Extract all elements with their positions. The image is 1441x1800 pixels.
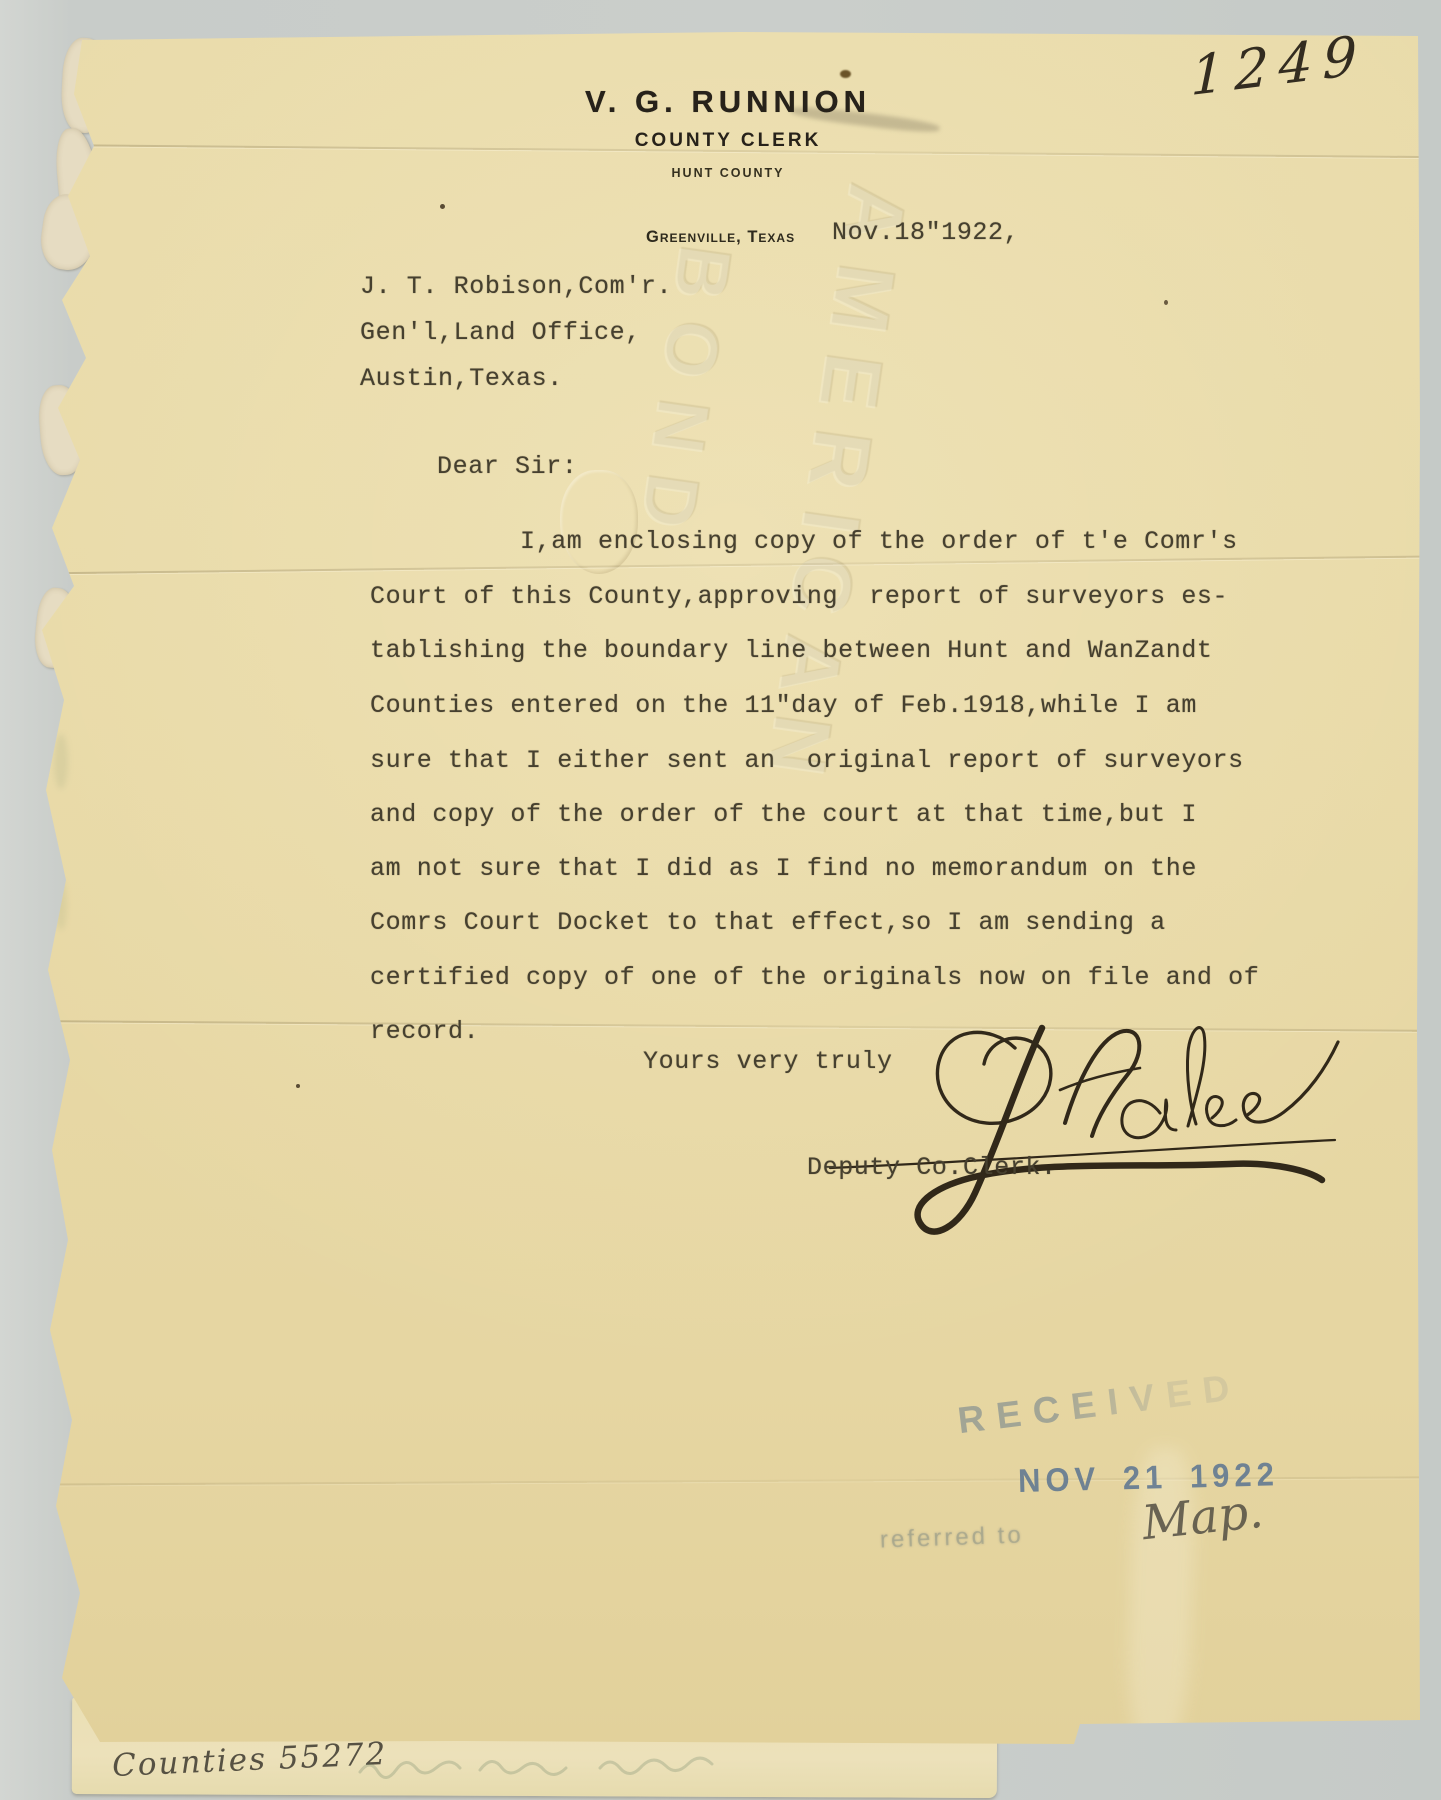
faint-stamp-note: referred to [880, 1522, 1025, 1555]
body-line: and copy of the order of the court at th… [370, 800, 1197, 829]
signature [760, 1018, 1360, 1268]
ghost-smudge [55, 880, 67, 930]
body-line: sure that I either sent an original repo… [370, 746, 1244, 775]
ghost-smudge [54, 734, 68, 789]
letter-date: Nov.18"1922, [832, 218, 1019, 247]
ghost-writing [350, 1742, 770, 1792]
pencil-map-note: Map. [1139, 1484, 1265, 1551]
body-line: Comrs Court Docket to that effect,so I a… [370, 908, 1166, 937]
scanned-letter-page: AMERICAN BOND 1249 V. G. RUNNION COUNTY … [0, 0, 1441, 1800]
received-stamp: RECEIVED [956, 1366, 1244, 1442]
letterhead-title: COUNTY CLERK [478, 130, 978, 152]
ink-speck [440, 204, 445, 209]
letterhead-name: V. G. RUNNION [478, 84, 978, 120]
salutation: Dear Sir: [437, 452, 577, 481]
ink-speck [840, 70, 851, 78]
body-line: I,am enclosing copy of the order of t'e … [520, 527, 1238, 556]
letterhead-place: Greenville, Texas [646, 228, 795, 247]
body-line: certified copy of one of the originals n… [370, 963, 1259, 992]
body-line: Court of this County,approving report of… [370, 582, 1228, 611]
ink-speck [1164, 300, 1168, 305]
letter-paper: AMERICAN BOND 1249 V. G. RUNNION COUNTY … [40, 28, 1422, 1744]
folio-number: 1249 [1190, 23, 1367, 108]
body-line: record. [370, 1017, 479, 1046]
embossed-seal [560, 470, 638, 574]
recipient-line: Austin,Texas. [360, 364, 563, 393]
ink-speck [296, 1084, 300, 1088]
recipient-line: Gen'l,Land Office, [360, 318, 641, 347]
body-line: am not sure that I did as I find no memo… [370, 854, 1197, 883]
signer-title: Deputy Co.Clerk. [807, 1153, 1057, 1182]
recipient-line: J. T. Robison,Com'r. [360, 272, 672, 301]
letterhead-county: HUNT COUNTY [478, 166, 978, 180]
body-line: Counties entered on the 11"day of Feb.19… [370, 691, 1197, 720]
body-line: tablishing the boundary line between Hun… [370, 636, 1213, 665]
paper-crease [40, 556, 1422, 575]
